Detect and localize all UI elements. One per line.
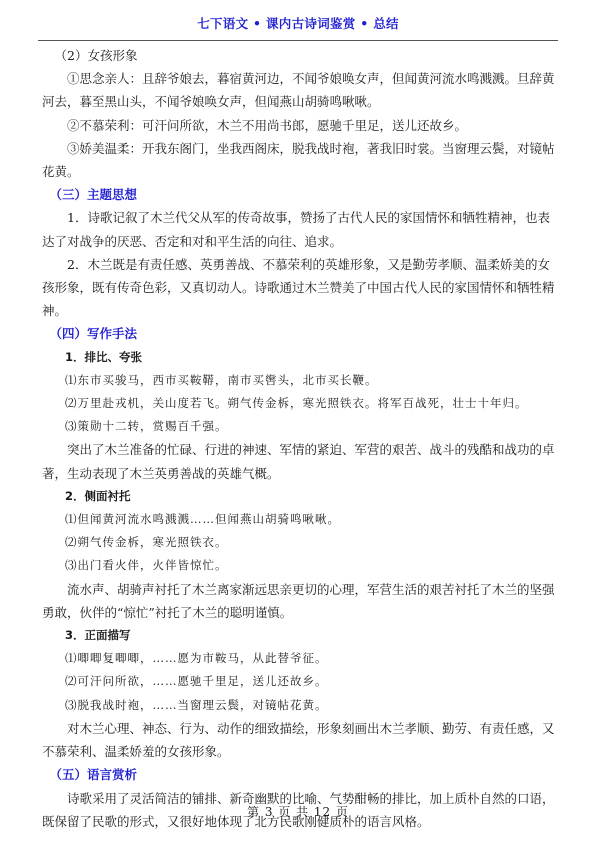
paragraph: ③娇美温柔：开我东阁门，坐我西阁床，脱我战时袍，著我旧时裳。当窗理云鬓，对镜帖花…	[42, 137, 558, 183]
quote-line: ⑵朔气传金柝，寒光照铁衣。	[42, 531, 558, 554]
technique-title: 1．排比、夸张	[42, 346, 558, 369]
paragraph: ①思念亲人：且辞爷娘去，暮宿黄河边，不闻爷娘唤女声，但闻黄河流水鸣溅溅。旦辞黄河…	[42, 67, 558, 113]
quote-line: ⑶脱我战时袍，……当窗理云鬓，对镜帖花黄。	[42, 694, 558, 717]
section-heading-language: （五）语言赏析	[42, 763, 558, 786]
quote-line: ⑶出门看火伴，火伴皆惊忙。	[42, 554, 558, 577]
paragraph: 2．木兰既是有责任感、英勇善战、不慕荣利的英雄形象，又是勤劳孝顺、温柔娇美的女孩…	[42, 253, 558, 323]
paragraph: ②不慕荣利：可汗问所欲，木兰不用尚书郎，愿驰千里足，送儿还故乡。	[42, 114, 558, 137]
quote-line: ⑴东市买骏马，西市买鞍鞯，南市买辔头，北市买长鞭。	[42, 369, 558, 392]
paragraph: 流水声、胡骑声衬托了木兰离家渐远思亲更切的心理，军营生活的艰苦衬托了木兰的坚强勇…	[42, 578, 558, 624]
paragraph: 突出了木兰准备的忙碌、行进的神速、军情的紧迫、军营的艰苦、战斗的残酷和战功的卓著…	[42, 438, 558, 484]
header-divider	[38, 40, 558, 41]
paragraph: 对木兰心理、神态、行为、动作的细致描绘，形象刻画出木兰孝顺、勤劳、有责任感，又不…	[42, 717, 558, 763]
section-heading-theme: （三）主题思想	[42, 183, 558, 206]
document-body: （2）女孩形象 ①思念亲人：且辞爷娘去，暮宿黄河边，不闻爷娘唤女声，但闻黄河流水…	[42, 44, 558, 833]
subheading-girl-image: （2）女孩形象	[42, 44, 558, 67]
page-header-title: 七下语文 • 课内古诗词鉴赏 • 总结	[0, 14, 596, 32]
page-number: 第 3 页 共 12 页	[0, 803, 596, 820]
quote-line: ⑵万里赴戎机，关山度若飞。朔气传金柝，寒光照铁衣。将军百战死，壮士十年归。	[42, 392, 558, 415]
quote-line: ⑶策勋十二转，赏赐百千强。	[42, 415, 558, 438]
quote-line: ⑴但闻黄河流水鸣溅溅……但闻燕山胡骑鸣啾啾。	[42, 508, 558, 531]
technique-title: 2．侧面衬托	[42, 485, 558, 508]
technique-title: 3．正面描写	[42, 624, 558, 647]
quote-line: ⑵可汗问所欲，……愿驰千里足，送儿还故乡。	[42, 670, 558, 693]
section-heading-techniques: （四）写作手法	[42, 322, 558, 345]
quote-line: ⑴唧唧复唧唧，……愿为市鞍马，从此替爷征。	[42, 647, 558, 670]
paragraph: 1．诗歌记叙了木兰代父从军的传奇故事，赞扬了古代人民的家国情怀和牺牲精神，也表达…	[42, 206, 558, 252]
